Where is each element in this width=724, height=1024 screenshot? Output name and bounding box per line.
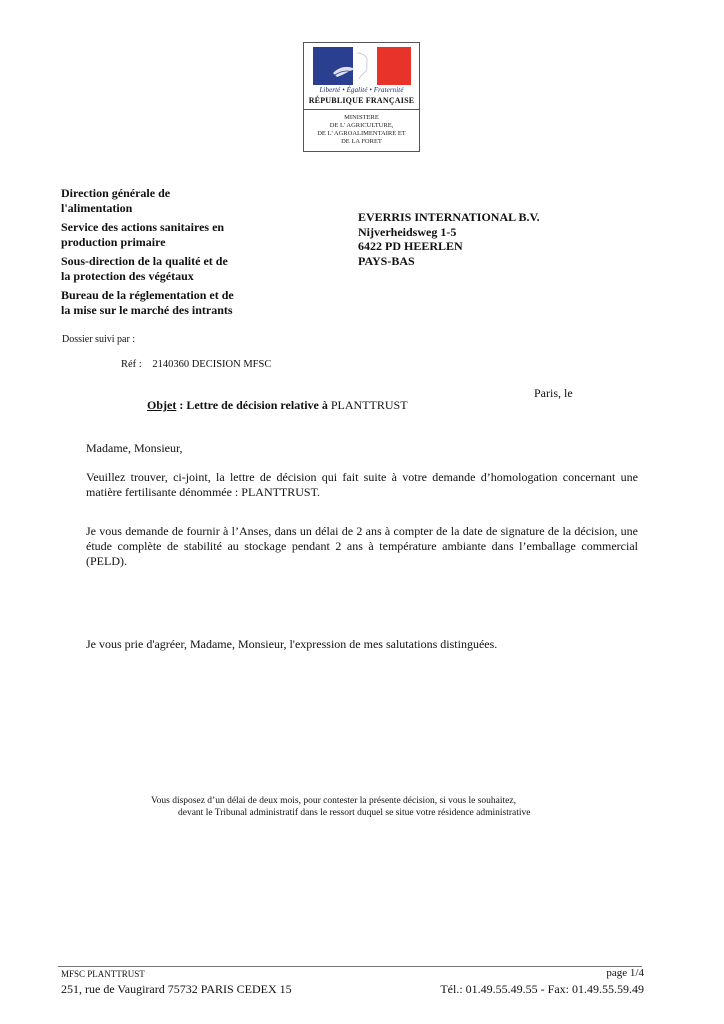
sender-line: Service des actions sanitaires en produc… [61, 220, 236, 250]
footer-contact: Tél.: 01.49.55.49.55 - Fax: 01.49.55.59.… [440, 982, 644, 997]
sender-line: Bureau de la réglementation et de la mis… [61, 288, 236, 318]
recipient-city: 6422 PD HEERLEN [358, 239, 540, 254]
marianne-flag-icon [313, 47, 411, 85]
footer-divider [58, 966, 642, 967]
republique-francaise-logo: Liberté • Égalité • Fraternité RÉPUBLIQU… [303, 42, 420, 152]
sender-line: Direction générale de l'alimentation [61, 186, 236, 216]
paragraph-decision: Veuillez trouver, ci-joint, la lettre de… [86, 470, 638, 500]
subject-separator: : [176, 398, 186, 412]
footer-address: 251, rue de Vaugirard 75732 PARIS CEDEX … [61, 982, 292, 997]
footer-doc-ref: MFSC PLANTTRUST [61, 969, 145, 979]
logo-divider [304, 109, 419, 110]
ministry-name: MINISTERE DE L' AGRICULTURE, DE L' AGROA… [304, 114, 419, 146]
reference-label: Réf : [121, 359, 142, 370]
reference: Réf : 2140360 DECISION MFSC [121, 359, 271, 370]
ministry-line: DE L' AGROALIMENTAIRE ET [304, 130, 419, 138]
sender-department: Direction générale de l'alimentation Ser… [61, 186, 236, 322]
recipient-street: Nijverheidsweg 1-5 [358, 225, 540, 240]
logo-republique: RÉPUBLIQUE FRANÇAISE [304, 96, 419, 105]
subject-line: Objet : Lettre de décision relative à PL… [147, 398, 408, 413]
salutation: Madame, Monsieur, [86, 441, 638, 456]
ministry-line: MINISTERE [304, 114, 419, 122]
appeal-notice-line: Vous disposez d’un délai de deux mois, p… [130, 795, 610, 807]
logo-motto: Liberté • Égalité • Fraternité [304, 86, 419, 94]
subject-product: PLANTTRUST [331, 398, 408, 412]
appeal-notice: Vous disposez d’un délai de deux mois, p… [130, 795, 610, 819]
place-date: Paris, le [534, 386, 573, 401]
ministry-line: DE LA FORET [304, 138, 419, 146]
recipient-address: EVERRIS INTERNATIONAL B.V. Nijverheidswe… [358, 210, 540, 268]
dossier-followed-by: Dossier suivi par : [62, 334, 135, 345]
subject-label: Objet [147, 398, 176, 412]
appeal-notice-line: devant le Tribunal administratif dans le… [130, 807, 610, 819]
recipient-country: PAYS-BAS [358, 254, 540, 269]
reference-value: 2140360 DECISION MFSC [152, 359, 271, 370]
subject-text: Lettre de décision relative à [186, 398, 331, 412]
paragraph-stability-study: Je vous demande de fournir à l’Anses, da… [86, 524, 638, 569]
recipient-name: EVERRIS INTERNATIONAL B.V. [358, 210, 540, 225]
sender-line: Sous-direction de la qualité et de la pr… [61, 254, 236, 284]
ministry-line: DE L' AGRICULTURE, [304, 122, 419, 130]
closing-formula: Je vous prie d'agréer, Madame, Monsieur,… [86, 637, 638, 652]
footer-page-number: page 1/4 [606, 967, 644, 979]
